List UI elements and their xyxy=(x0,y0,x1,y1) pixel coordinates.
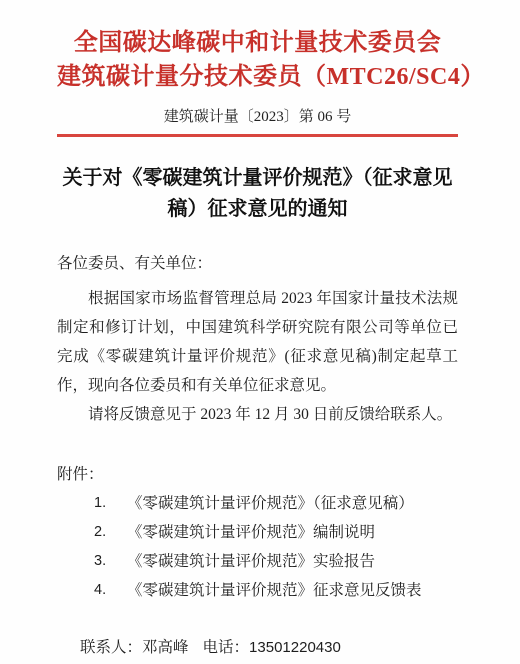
salutation: 各位委员、有关单位： xyxy=(57,253,458,275)
document-number: 建筑碳计量〔2023〕第 06 号 xyxy=(57,108,458,127)
org-title-line-2: 建筑碳计量分技术委员（MTC26/SC4） xyxy=(57,60,458,94)
attachments-section: 附件： 1. 《零碳建筑计量评价规范》（征求意见稿） 2. 《零碳建筑计量评价规… xyxy=(57,460,458,605)
attachment-title: 《零碳建筑计量评价规范》实验报告 xyxy=(127,547,375,576)
attachment-number: 2. xyxy=(94,518,127,547)
phone-number: 13501220430 xyxy=(249,639,341,656)
attachment-number: 4. xyxy=(94,576,127,605)
attachment-title: 《零碳建筑计量评价规范》（征求意见稿） xyxy=(127,489,414,518)
attachments-list: 1. 《零碳建筑计量评价规范》（征求意见稿） 2. 《零碳建筑计量评价规范》编制… xyxy=(57,489,458,605)
attachment-number: 3. xyxy=(94,547,127,576)
contact-line: 联系人：邓高峰电话：13501220430 xyxy=(57,637,458,659)
letterhead: 全国碳达峰碳中和计量技术委员会 建筑碳计量分技术委员（MTC26/SC4） 建筑… xyxy=(57,26,458,137)
body-paragraph-2: 请将反馈意见于 2023 年 12 月 30 日前反馈给联系人。 xyxy=(57,400,458,429)
contact-label: 联系人： xyxy=(80,639,142,656)
attachment-item: 3. 《零碳建筑计量评价规范》实验报告 xyxy=(57,547,458,576)
phone-label: 电话： xyxy=(203,639,250,656)
body-paragraph-1: 根据国家市场监督管理总局 2023 年国家计量技术法规制定和修订计划，中国建筑科… xyxy=(57,284,458,400)
org-title-line-1: 全国碳达峰碳中和计量技术委员会 xyxy=(57,26,458,60)
notice-document-page: 全国碳达峰碳中和计量技术委员会 建筑碳计量分技术委员（MTC26/SC4） 建筑… xyxy=(0,0,520,664)
attachment-item: 1. 《零碳建筑计量评价规范》（征求意见稿） xyxy=(57,489,458,518)
attachment-item: 4. 《零碳建筑计量评价规范》征求意见反馈表 xyxy=(57,576,458,605)
red-divider-line xyxy=(57,134,458,137)
attachment-item: 2. 《零碳建筑计量评价规范》编制说明 xyxy=(57,518,458,547)
attachment-title: 《零碳建筑计量评价规范》征求意见反馈表 xyxy=(127,576,422,605)
attachment-number: 1. xyxy=(94,489,127,518)
attachment-title: 《零碳建筑计量评价规范》编制说明 xyxy=(127,518,375,547)
contact-name: 邓高峰 xyxy=(142,639,189,656)
notice-title: 关于对《零碳建筑计量评价规范》（征求意见稿）征求意见的通知 xyxy=(62,163,454,225)
attachments-label: 附件： xyxy=(57,460,458,489)
